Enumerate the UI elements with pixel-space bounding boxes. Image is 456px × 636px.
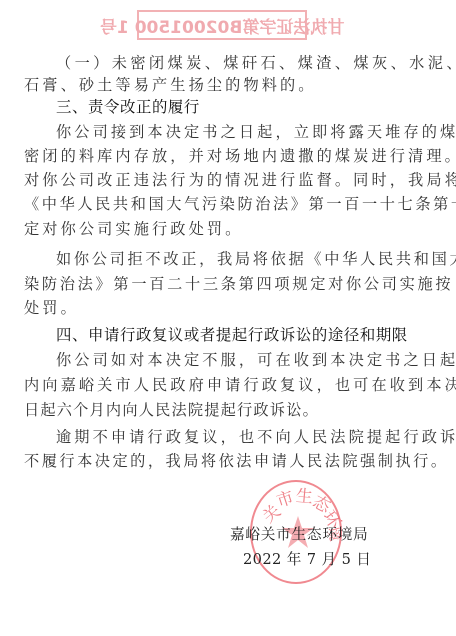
- section-4-heading: 四、申请行政复议或者提起行政诉讼的途径和期限: [56, 325, 408, 345]
- item-1-line-2: 石膏、砂土等易产生扬尘的物料的。: [24, 75, 424, 95]
- section-4-p1-line-1: 你公司如对本决定不服，可在收到本决定书之日起六十日: [56, 350, 424, 370]
- section-4-p2-line-2: 不履行本决定的，我局将依法申请人民法院强制执行。: [24, 451, 424, 471]
- item-1-line-1: （一）未密闭煤炭、煤矸石、煤渣、煤灰、水泥、石灰、: [56, 53, 424, 73]
- section-3-p2-line-2: 染防治法》第一百二十三条第四项规定对你公司实施按日连续: [24, 274, 424, 294]
- section-3-p1-line-4: 《中华人民共和国大气污染防治法》第一百一十七条第一项规: [24, 194, 424, 214]
- signing-date: 2022 年 7 月 5 日: [243, 550, 371, 570]
- section-3-p2-line-3: 处罚。: [24, 298, 424, 318]
- mirrored-certificate-stamp: 甘执法证字第B02001500 1号: [137, 10, 307, 40]
- section-3-p2-line-1: 如你公司拒不改正，我局将依据《中华人民共和国大气污: [56, 249, 424, 269]
- section-4-p1-line-2: 内向嘉峪关市人民政府申请行政复议，也可在收到本决定书之: [24, 375, 424, 395]
- section-3-heading: 三、责令改正的履行: [56, 97, 200, 117]
- section-3-p1-line-2: 密闭的料库内存放，并对场地内遗撒的煤炭进行清理。我局将: [24, 146, 424, 166]
- stamp-text: 甘执法证字第B02001500 1号: [100, 13, 344, 38]
- section-3-p1-line-5: 定对你公司实施行政处罚。: [24, 219, 424, 239]
- signing-organization: 嘉峪关市生态环境局: [230, 525, 369, 545]
- section-3-p1-line-3: 对你公司改正违法行为的情况进行监督。同时，我局将依据: [24, 170, 424, 190]
- section-4-p2-line-1: 逾期不申请行政复议，也不向人民法院提起行政诉讼，又: [56, 427, 424, 447]
- section-3-p1-line-1: 你公司接到本决定书之日起，立即将露天堆存的煤炭移入: [56, 122, 424, 142]
- section-4-p1-line-3: 日起六个月内向人民法院提起行政诉讼。: [24, 400, 424, 420]
